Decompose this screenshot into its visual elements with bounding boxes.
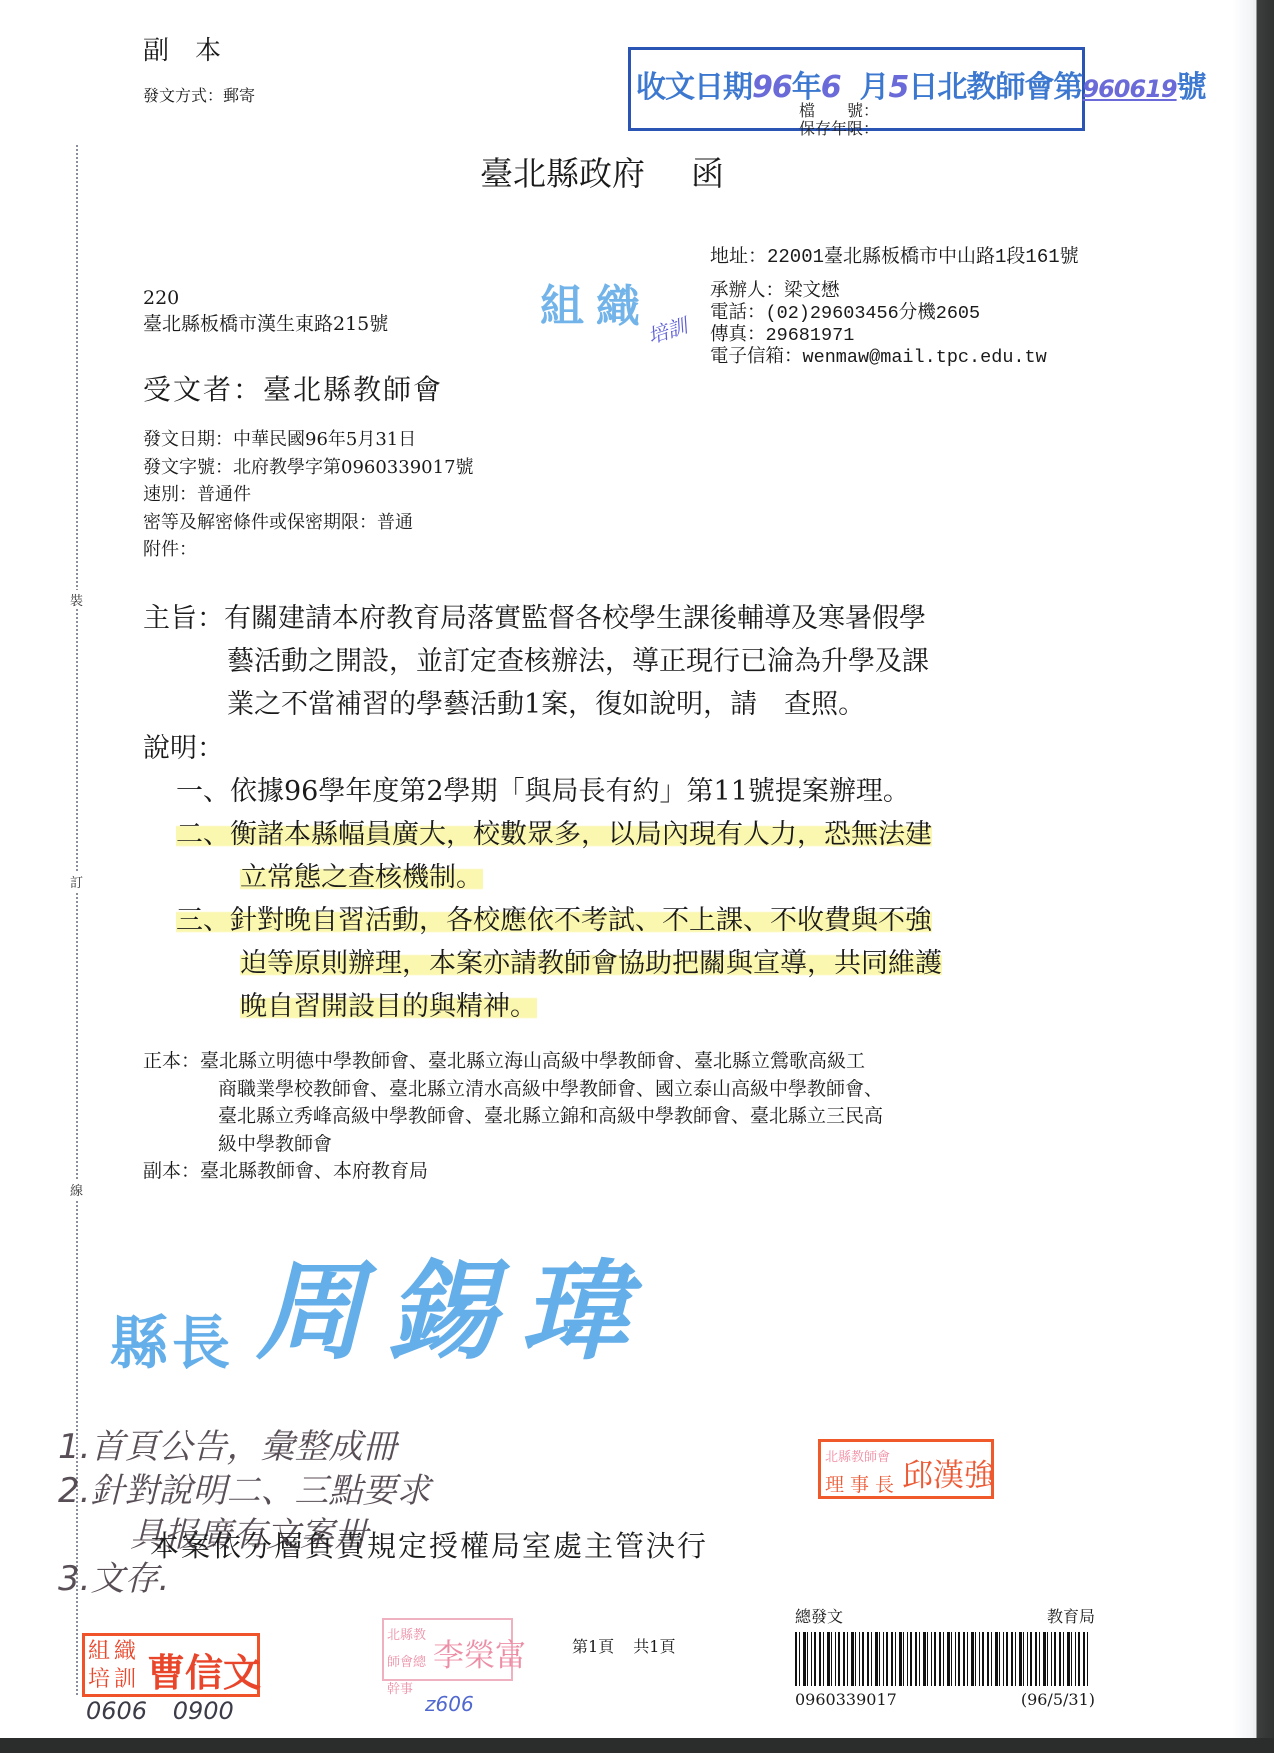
attachments: 附件： (143, 536, 474, 564)
fax: 傳真：29681971 (710, 325, 1079, 347)
recipient: 受文者：臺北縣教師會 (143, 368, 443, 408)
mayor-stamp: 縣長周錫瑋 (110, 1225, 652, 1380)
receipt-hand-year: 96 (752, 70, 792, 105)
scan-edge-right (1253, 0, 1274, 1753)
subject-line: 主旨：有關建請本府教育局落實監督各校學生課後輔導及寒暑假學 (143, 597, 929, 640)
original-recipients: 臺北縣立秀峰高級中學教師會、臺北縣立錦和高級中學教師會、臺北縣立三民高 (143, 1103, 883, 1131)
president-stamp-title: 理事長 (825, 1470, 900, 1497)
subject: 主旨：有關建請本府教育局落實監督各校學生課後輔導及寒暑假學 藝活動之開設，並訂定… (143, 597, 929, 726)
training-stamp-dept: 組織培訓 (88, 1638, 144, 1694)
distribution: 正本：臺北縣立明德中學教師會、臺北縣立海山高級中學教師會、臺北縣立鶯歌高級工 商… (143, 1048, 883, 1186)
highlighted-text: 迫等原則辦理，本案亦請教師會協助把關與宣導，共同維護 (240, 948, 942, 979)
handnote-line: 1.首頁公告，彙整成冊 (58, 1425, 430, 1469)
receipt-hand-number: 960619 (1082, 75, 1176, 103)
issue-date: 發文日期：中華民國96年5月31日 (143, 426, 474, 454)
scan-edge-bottom (0, 1738, 1274, 1753)
binding-mark-line: 線 (70, 1180, 83, 1199)
issuer-name: 臺北縣政府 (480, 154, 645, 193)
email: 電子信箱：wenmaw@mail.tpc.edu.tw (710, 347, 1079, 369)
explanation-item: 一、依據96學年度第2學期「與局長有約」第11號提案辦理。 (143, 770, 942, 813)
page-count: 第1頁 共1頁 (572, 1634, 675, 1657)
document-title: 臺北縣政府函 (480, 148, 724, 195)
receipt-hand-day: 5 (889, 70, 909, 105)
president-stamp-name: 邱漢強 (902, 1450, 995, 1495)
barcode-date: (96/5/31) (1021, 1690, 1095, 1709)
receipt-printed-text: 收文日期96年6 月5日北教師會第960619號 (636, 62, 1206, 106)
receipt-day-label: 日北教師會第 (908, 70, 1082, 105)
binding-mark-bind: 裝 (70, 590, 83, 609)
receipt-date-label: 收文日期 (636, 70, 752, 105)
copy-recipients: 副本：臺北縣教師會、本府教育局 (143, 1158, 883, 1186)
secretary-stamp-name: 李榮富 (433, 1630, 526, 1675)
original-recipients: 商職業學校教師會、臺北縣立清水高級中學教師會、國立泰山高級中學教師會、 (143, 1076, 883, 1104)
scan-shadow (1232, 0, 1254, 1753)
highlighted-text: 二、衡諸本縣幅員廣大，校數眾多，以局內現有人力，恐無法建 (176, 819, 932, 850)
barcode-number: 0960339017 (795, 1690, 897, 1709)
mayor-title: 縣長 (110, 1309, 234, 1377)
retention-period-label: 保存年限： (799, 116, 879, 139)
secretary-stamp-org: 北縣教師會總幹事 (387, 1622, 431, 1703)
handwritten-time: 0606 0900 (86, 1697, 234, 1725)
president-stamp-org: 北縣教師會 (825, 1446, 890, 1465)
contact-block: 地址：22001臺北縣板橋市中山路1段161號 承辦人：梁文懋 電話：(02)2… (710, 246, 1079, 369)
secrecy-level: 密等及解密條件或保密期限：普通 (143, 509, 474, 537)
handler: 承辦人：梁文懋 (710, 281, 1079, 303)
delivery-speed: 速別：普通件 (143, 481, 474, 509)
binding-mark-staple: 訂 (70, 872, 83, 891)
document-number: 發文字號：北府教學字第0960339017號 (143, 454, 474, 482)
org-stamp: 組織 (540, 270, 652, 334)
handwritten-code: z606 (425, 1692, 474, 1716)
street-address: 臺北縣板橋市漢生東路215號 (143, 311, 388, 337)
recipient-address: 220 臺北縣板橋市漢生東路215號 (143, 285, 388, 337)
explanation: 說明： 一、依據96學年度第2學期「與局長有約」第11號提案辦理。 二、衡諸本縣… (143, 727, 942, 1028)
phone: 電話：(02)29603456分機2605 (710, 303, 1079, 325)
barcode-icon (795, 1632, 1091, 1686)
barcode-label-right: 教育局 (1047, 1604, 1095, 1627)
issuer-address: 地址：22001臺北縣板橋市中山路1段161號 (710, 246, 1079, 268)
training-stamp: 組織培訓 曹信文 (82, 1633, 260, 1697)
handwritten-notes: 1.首頁公告，彙整成冊 2.針對說明二、三點要求 具报廣有文案卅 3.文存. (58, 1425, 430, 1601)
training-stamp-name: 曹信文 (147, 1642, 261, 1697)
original-recipients: 級中學教師會 (143, 1131, 883, 1159)
highlighted-text: 立常態之查核機制。 (240, 862, 483, 893)
subject-line: 藝活動之開設，並訂定查核辦法，導正現行已淪為升學及課 (143, 640, 929, 683)
highlighted-text: 晚自習開設目的與精神。 (240, 991, 537, 1022)
explanation-item: 二、衡諸本縣幅員廣大，校數眾多，以局內現有人力，恐無法建 (143, 813, 942, 856)
zip-code: 220 (143, 285, 388, 311)
explanation-heading: 說明： (143, 727, 942, 770)
explanation-item: 三、針對晚自習活動，各校應依不考試、不上課、不收費與不強 (143, 899, 942, 942)
secretary-general-stamp: 北縣教師會總幹事 李榮富 (382, 1618, 513, 1681)
document-type: 函 (691, 154, 724, 193)
president-stamp: 北縣教師會 理事長 邱漢強 (818, 1439, 994, 1499)
receipt-stamp: 收文日期96年6 月5日北教師會第960619號 檔 號： 保存年限： (628, 47, 1085, 131)
delegation-statement: 本案依分層負責規定授權局室處主管決行 (150, 1524, 708, 1565)
mayor-name: 周錫瑋 (256, 1249, 652, 1375)
barcode-label-left: 總發文 (795, 1604, 843, 1627)
explanation-item-cont: 迫等原則辦理，本案亦請教師會協助把關與宣導，共同維護 (143, 942, 942, 985)
send-method: 發文方式：郵寄 (143, 83, 255, 106)
document-meta: 發文日期：中華民國96年5月31日 發文字號：北府教學字第0960339017號… (143, 426, 474, 564)
subject-line: 業之不當補習的學藝活動1案，復如說明，請 查照。 (143, 683, 929, 726)
original-recipients: 正本：臺北縣立明德中學教師會、臺北縣立海山高級中學教師會、臺北縣立鶯歌高級工 (143, 1048, 883, 1076)
handnote-line: 2.針對說明二、三點要求 (58, 1469, 430, 1513)
receipt-number-label: 號 (1177, 70, 1206, 105)
highlighted-text: 三、針對晚自習活動，各校應依不考試、不上課、不收費與不強 (176, 905, 932, 936)
copy-label: 副本 (143, 30, 247, 67)
explanation-item-cont: 立常態之查核機制。 (143, 856, 942, 899)
explanation-item-cont: 晚自習開設目的與精神。 (143, 985, 942, 1028)
